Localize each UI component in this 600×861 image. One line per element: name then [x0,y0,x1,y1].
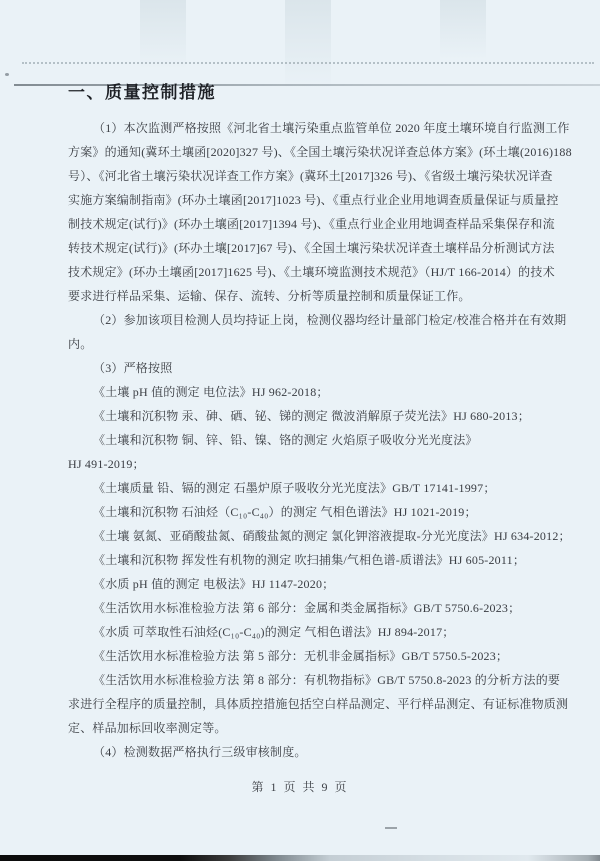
text-line: 《水质 pH 值的测定 电极法》HJ 1147-2020； [68,572,560,596]
text-line: 《土壤和沉积物 汞、砷、硒、铋、锑的测定 微波消解原子荧光法》HJ 680-20… [68,404,560,428]
text-line: 《土壤和沉积物 挥发性有机物的测定 吹扫捕集/气相色谱-质谱法》HJ 605-2… [68,548,560,572]
text-line: 制技术规定(试行)》(环办土壤函[2017]1394 号)、《重点行业企业用地调… [68,212,560,236]
text-line: 《土壤 氨氮、亚硝酸盐氮、硝酸盐氮的测定 氯化钾溶液提取-分光光度法》HJ 63… [68,524,560,548]
scan-smudge [440,0,486,60]
text-line: 《土壤质量 铅、镉的测定 石墨炉原子吸收分光光度法》GB/T 17141-199… [68,476,560,500]
text-line: HJ 491-2019； [68,452,560,476]
text-line: 《生活饮用水标准检验方法 第 5 部分：无机非金属指标》GB/T 5750.5-… [68,644,560,668]
text-line: 《土壤 pH 值的测定 电位法》HJ 962-2018； [68,380,560,404]
scan-smudge [285,0,331,90]
text-line: （4）检测数据严格执行三级审核制度。 [68,740,560,764]
text-line: 《水质 可萃取性石油烃(C₁₀-C₄₀)的测定 气相色谱法》HJ 894-201… [68,620,560,644]
text-line: （1）本次监测严格按照《河北省土壤污染重点监管单位 2020 年度土壤环境自行监… [68,116,560,140]
text-line: 《土壤和沉积物 石油烃（C₁₀-C₄₀）的测定 气相色谱法》HJ 1021-20… [68,500,560,524]
text-lines: （1）本次监测严格按照《河北省土壤污染重点监管单位 2020 年度土壤环境自行监… [68,116,560,764]
document-body: 一、质量控制措施 （1）本次监测严格按照《河北省土壤污染重点监管单位 2020 … [68,80,560,764]
text-line: 内。 [68,332,560,356]
scan-speck [5,73,9,76]
text-line: （3）严格按照 [68,356,560,380]
text-line: 方案》的通知(冀环土壤函[2020]327 号)、《全国土壤污染状况详查总体方案… [68,140,560,164]
text-line: 《生活饮用水标准检验方法 第 8 部分：有机物指标》GB/T 5750.8-20… [68,668,560,692]
text-line: 《土壤和沉积物 铜、锌、铅、镍、铬的测定 火焰原子吸收分光光度法》 [68,428,560,452]
section-heading: 一、质量控制措施 [68,80,560,106]
text-line: （2）参加该项目检测人员均持证上岗，检测仪器均经计量部门检定/校准合格并在有效期 [68,308,560,332]
page-number: 第 1 页 共 9 页 [0,778,600,795]
scanned-document-page: 一、质量控制措施 （1）本次监测严格按照《河北省土壤污染重点监管单位 2020 … [0,0,600,861]
bottom-scan-bar [0,855,600,861]
text-line: 求进行全程序的质量控制，具体质控措施包括空白样品测定、平行样品测定、有证标准物质… [68,692,560,716]
text-line: 定、样品加标回收率测定等。 [68,716,560,740]
text-line: 号）、《河北省土壤污染状况详查工作方案》(冀环土[2017]326 号)、《省级… [68,164,560,188]
text-line: 技术规定》(环办土壤函[2017]1625 号)、《土壤环境监测技术规范》（HJ… [68,260,560,284]
text-line: 实施方案编制指南》(环办土壤函[2017]1023 号)、《重点行业企业用地调查… [68,188,560,212]
text-line: 《生活饮用水标准检验方法 第 6 部分：金属和类金属指标》GB/T 5750.6… [68,596,560,620]
text-line: 转技术规定(试行)》(环办土壤[2017]67 号)、《全国土壤污染状况详查土壤… [68,236,560,260]
text-line: 要求进行样品采集、运输、保存、流转、分析等质量控制和质量保证工作。 [68,284,560,308]
scan-speck [385,827,397,829]
top-dotted-scan-line [22,62,594,64]
scan-smudge [140,0,186,70]
